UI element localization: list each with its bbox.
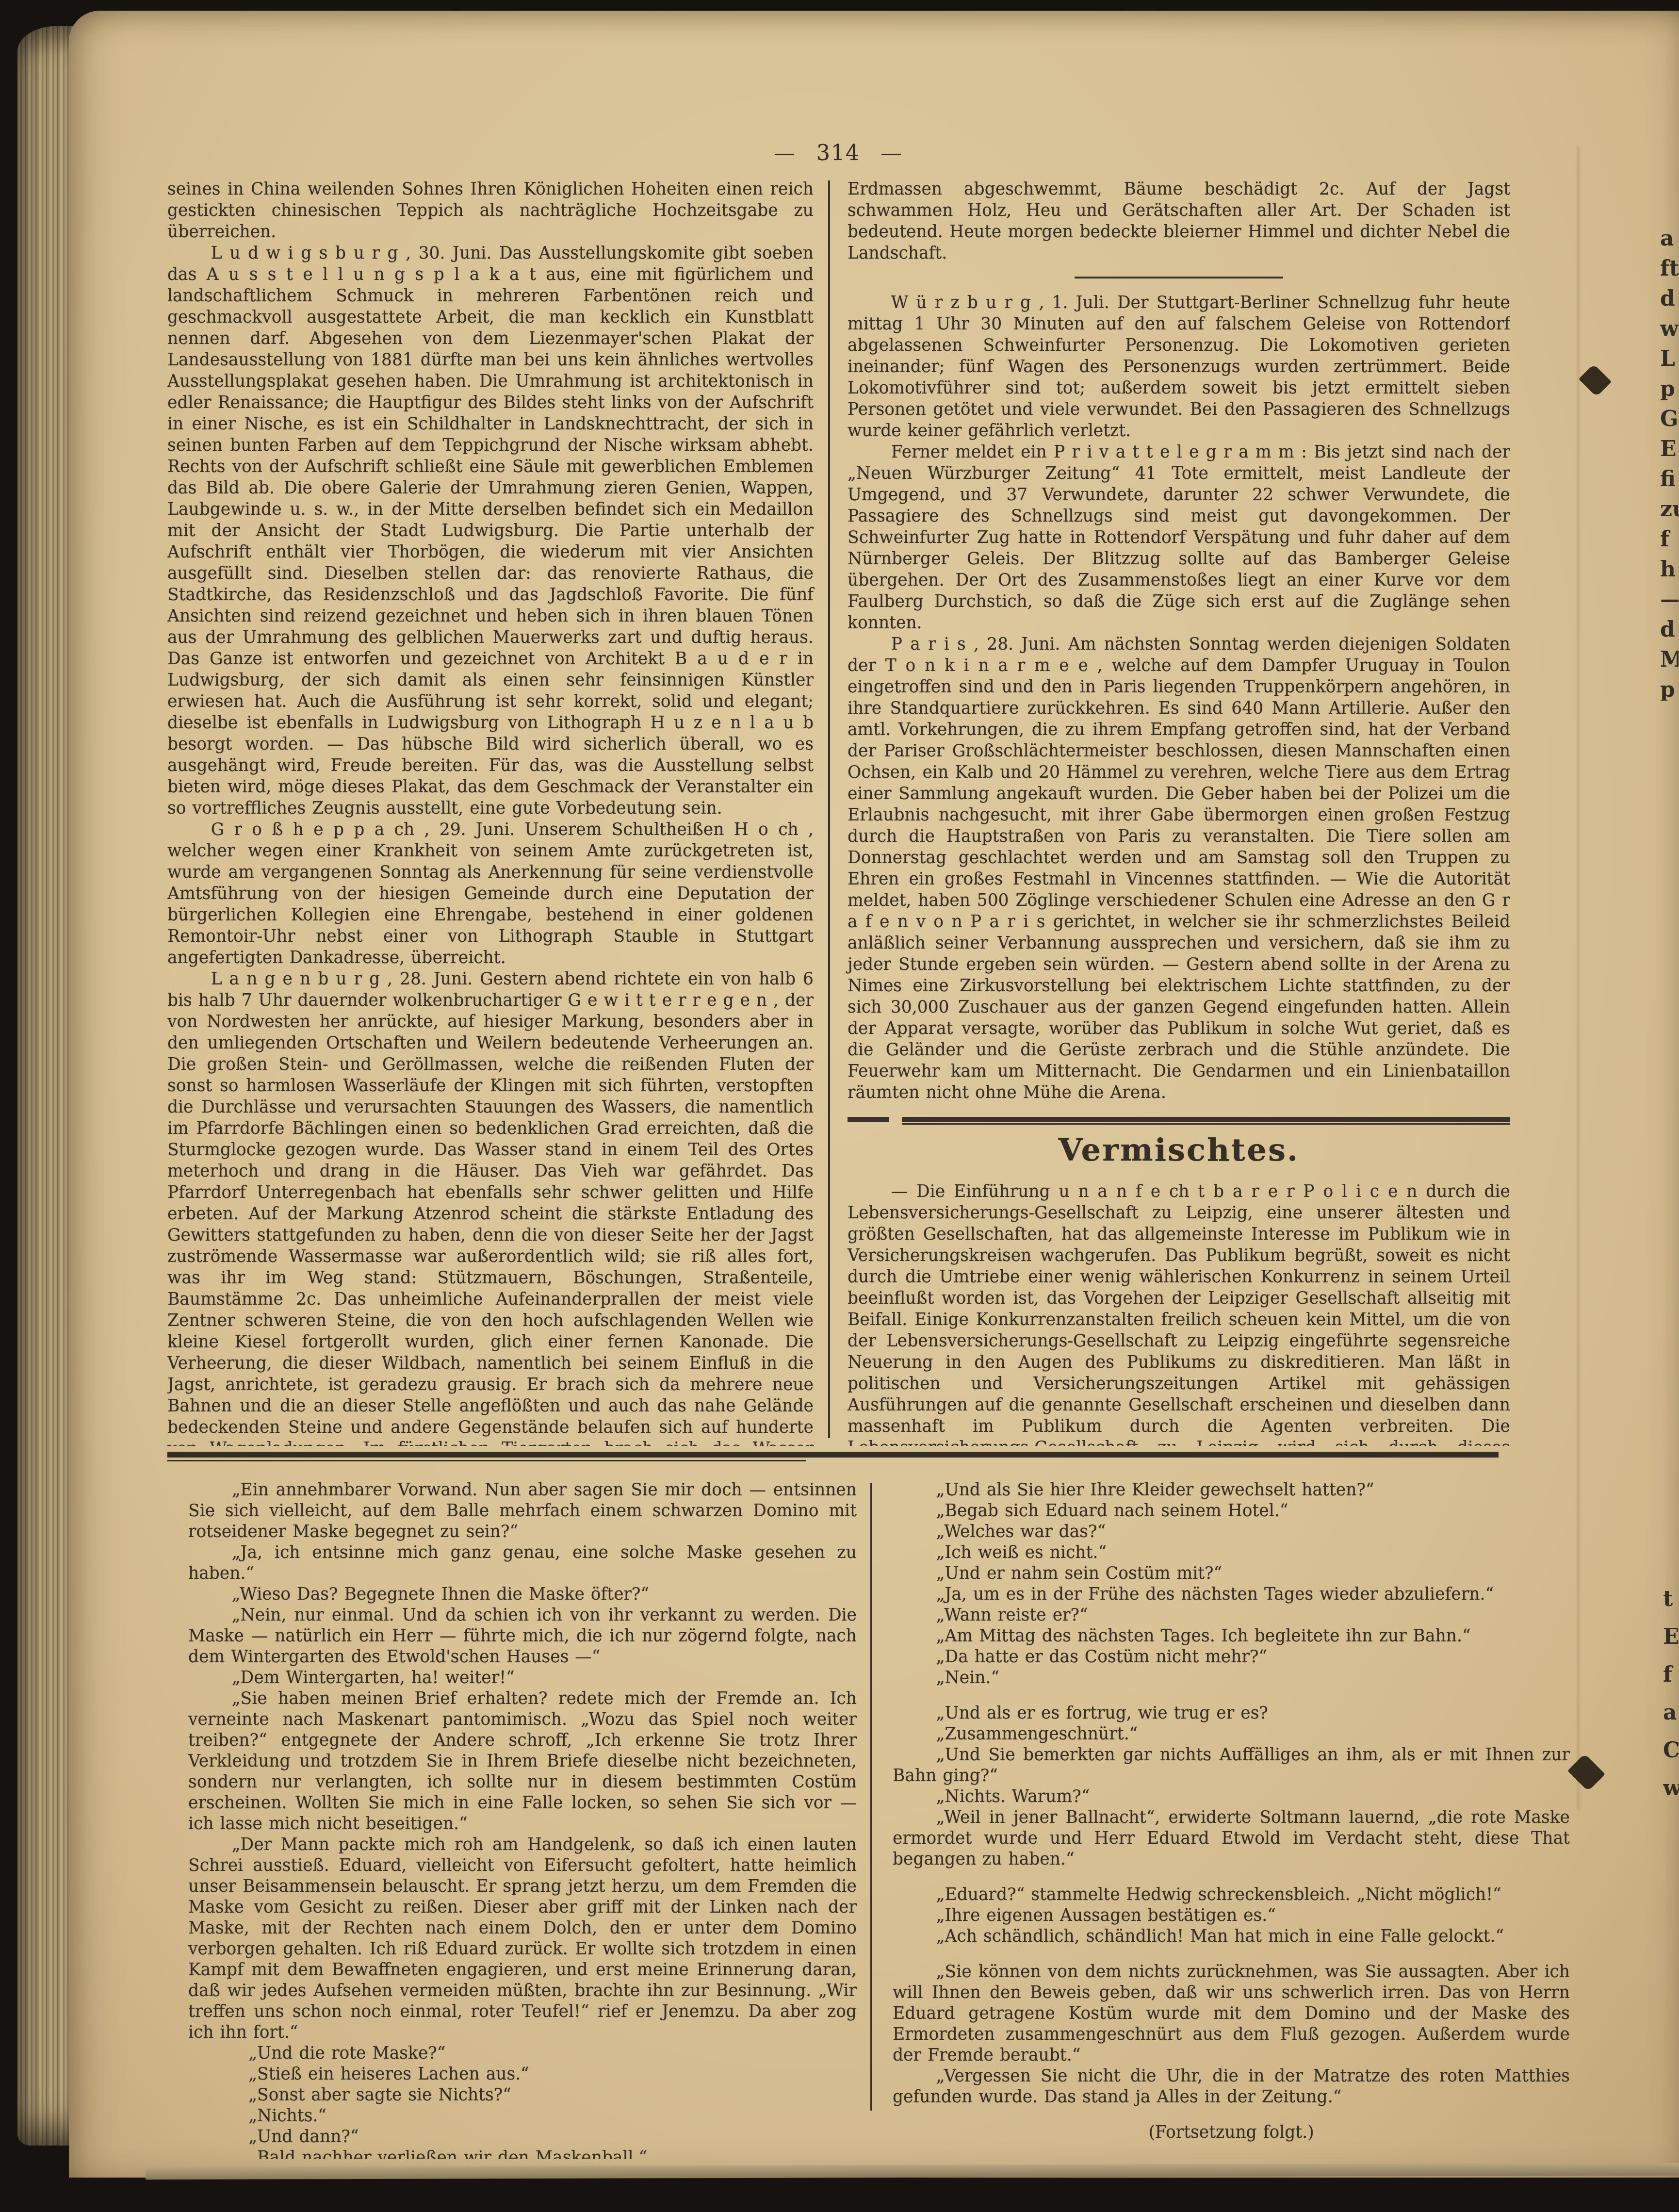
adjacent-page-text-bleed: tEfaCw <box>1663 1589 1679 1799</box>
paragraph: Erdmassen abgeschwemmt, Bäume beschädigt… <box>848 179 1510 264</box>
bleed-letter-fragment: d <box>1660 288 1679 310</box>
continuation-note: (Fortsetzung folgt.) <box>893 2122 1570 2143</box>
page-number: — 314 — <box>167 141 1509 165</box>
bleed-letter-fragment: f <box>1663 1664 1679 1686</box>
paragraph: L a n g e n b u r g , 28. Juni. Gestern … <box>167 968 814 1446</box>
bleed-letter-fragment: f <box>1660 529 1679 550</box>
paragraph: „Sie können von dem nichts zurücknehmen,… <box>893 1962 1570 2066</box>
bleed-letter-fragment: C <box>1663 1740 1679 1761</box>
paragraph: „Eduard?“ stammelte Hedwig schreckensble… <box>893 1884 1570 1905</box>
paragraph: „Sie haben meinen Brief erhalten? redete… <box>188 1688 857 1835</box>
news-section: seines in China weilenden Sohnes Ihren K… <box>167 179 1510 1446</box>
thick-section-rule <box>848 1117 1510 1122</box>
paragraph: „Ein annehmbarer Vorwand. Nun aber sagen… <box>188 1480 857 1542</box>
paragraph: „Und dann?“ <box>188 2127 857 2147</box>
paragraph: G r o ß h e p p a ch , 29. Juni. Unserem… <box>167 819 814 968</box>
paragraph: „Dem Wintergarten, ha! weiter!“ <box>188 1668 857 1688</box>
column-divider-rule <box>828 180 830 1438</box>
paragraph: „Wieso Das? Begegnete Ihnen die Maske öf… <box>188 1584 857 1605</box>
paragraph: „Ihre eigenen Aussagen bestätigen es.“ <box>893 1905 1570 1926</box>
paragraph: „Nichts.“ <box>188 2106 857 2127</box>
bleed-letter-fragment: M <box>1660 649 1679 671</box>
bleed-letter-fragment: G <box>1660 409 1679 430</box>
paragraph: „Da hatte er das Costüm nicht mehr?“ <box>893 1647 1570 1668</box>
paragraph: Ferner meldet ein P r i v a t t e l e g … <box>848 442 1510 634</box>
vertical-fold-crease <box>1578 146 1579 1810</box>
paragraph: — Die Einführung u n a n f e ch t b a r … <box>848 1181 1510 1446</box>
bleed-letter-fragment: fi <box>1660 469 1679 490</box>
paragraph: „Ach schändlich, schändlich! Man hat mic… <box>893 1926 1570 1947</box>
scanned-newspaper-page: { "page": { "number": "314", "header_dis… <box>0 0 1679 2212</box>
paragraph: „Vergessen Sie nicht die Uhr, die in der… <box>893 2066 1570 2108</box>
bleed-letter-fragment: a <box>1660 228 1679 249</box>
paragraph: „Und die rote Maske?“ <box>188 2043 857 2064</box>
bleed-letter-fragment: d <box>1660 619 1679 640</box>
bleed-letter-fragment: h <box>1660 559 1679 580</box>
paragraph: „Nein, nur einmal. Und da schien ich von… <box>188 1605 857 1668</box>
paragraph: „Ja, um es in der Frühe des nächsten Tag… <box>893 1584 1570 1605</box>
bleed-letter-fragment: w <box>1663 1778 1679 1799</box>
top-right-column: Erdmassen abgeschwemmt, Bäume beschädigt… <box>848 179 1510 1446</box>
paragraph: L u d w i g s b u r g , 30. Juni. Das Au… <box>167 243 814 819</box>
bottom-right-column: „Und als Sie hier Ihre Kleider gewechsel… <box>893 1480 1570 2159</box>
top-left-column: seines in China weilenden Sohnes Ihren K… <box>167 179 814 1446</box>
vermischtes-heading: Vermischtes. <box>848 1133 1510 1167</box>
paragraph: „Und Sie bemerkten gar nichts Auffällige… <box>893 1745 1570 1786</box>
bleed-letter-fragment: a <box>1663 1702 1679 1723</box>
bleed-letter-fragment: E <box>1663 1626 1679 1648</box>
paragraph: „Welches war das?“ <box>893 1522 1570 1542</box>
paragraph: „Wann reiste er?“ <box>893 1605 1570 1626</box>
paragraph: „Weil in jener Ballnacht“, erwiderte Sol… <box>893 1807 1570 1870</box>
paragraph: „Nein.“ <box>893 1668 1570 1688</box>
paragraph: „Der Mann packte mich roh am Handgelenk,… <box>188 1835 857 2043</box>
paragraph: „Sonst aber sagte sie Nichts?“ <box>188 2085 857 2106</box>
paragraph: „Ich weiß es nicht.“ <box>893 1542 1570 1563</box>
bleed-letter-fragment: — <box>1660 589 1679 610</box>
bleed-letter-fragment: zu <box>1660 499 1679 520</box>
bleed-letter-fragment: t <box>1663 1589 1679 1610</box>
feuilleton-section: „Ein annehmbarer Vorwand. Nun aber sagen… <box>188 1480 1570 2159</box>
paragraph: „Ja, ich entsinne mich ganz genau, eine … <box>188 1542 857 1584</box>
bleed-letter-fragment: p <box>1660 378 1679 400</box>
bleed-letter-fragment: p <box>1660 679 1679 701</box>
bleed-letter-fragment: w <box>1660 318 1679 340</box>
adjacent-page-text-bleed: aftdwLpGEfizufh—dMp <box>1660 228 1679 701</box>
paragraph: P a r i s , 28. Juni. Am nächsten Sonnta… <box>848 634 1510 1103</box>
bottom-left-column: „Ein annehmbarer Vorwand. Nun aber sagen… <box>188 1480 857 2159</box>
thin-divider-rule <box>1075 277 1283 279</box>
paragraph: „Und er nahm sein Costüm mit?“ <box>893 1563 1570 1584</box>
column-divider-rule <box>870 1483 872 2111</box>
paragraph: „Begab sich Eduard nach seinem Hotel.“ <box>893 1501 1570 1522</box>
paragraph: „Und als Sie hier Ihre Kleider gewechsel… <box>893 1480 1570 1501</box>
paragraph: „Stieß ein heiseres Lachen aus.“ <box>188 2064 857 2085</box>
paragraph: „Am Mittag des nächsten Tages. Ich begle… <box>893 1626 1570 1647</box>
bleed-letter-fragment: L <box>1660 348 1679 370</box>
feuilleton-separator-rule <box>167 1452 1499 1458</box>
paragraph: seines in China weilenden Sohnes Ihren K… <box>167 179 814 243</box>
paragraph: „Nichts. Warum?“ <box>893 1786 1570 1807</box>
paragraph: „Bald nachher verließen wir den Maskenba… <box>188 2147 857 2159</box>
paragraph: „Zusammengeschnürt.“ <box>893 1724 1570 1745</box>
paragraph: „Und als er es fortrug, wie trug er es? <box>893 1703 1570 1724</box>
paragraph: W ü r z b u r g , 1. Juli. Der Stuttgart… <box>848 292 1510 442</box>
bleed-letter-fragment: E <box>1660 439 1679 460</box>
bleed-letter-fragment: ft <box>1660 258 1679 279</box>
